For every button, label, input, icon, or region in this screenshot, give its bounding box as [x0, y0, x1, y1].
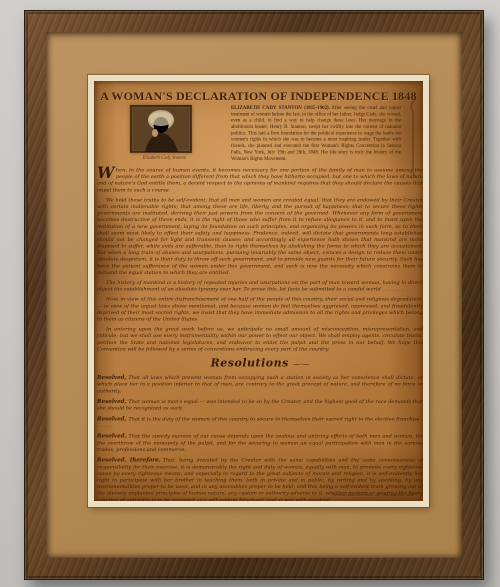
resolved-lead: Resolved,: [97, 415, 126, 422]
resolution-text: That all laws which prevent woman from o…: [97, 375, 423, 394]
title-flourish-right-icon: ”: [420, 89, 423, 100]
resolutions-heading-text: Resolutions: [211, 356, 289, 369]
resolution-text: That it is the duty of the women of this…: [97, 416, 423, 428]
portrait-illustration-icon: [131, 106, 191, 152]
declaration-paragraph: Now, in view of this entire disfranchise…: [97, 296, 423, 322]
resolution-item: Resolved,That woman is man's equal — was…: [97, 398, 423, 412]
stanton-bio-body: After seeing the cruel and unjust treatm…: [231, 105, 401, 161]
resolved-lead: Resolved, therefore,: [97, 457, 161, 464]
declaration-paragraph: In entering upon the great work before u…: [97, 326, 423, 352]
resolutions-heading-flourish: —·—: [293, 360, 309, 368]
portrait-signature: Elizabeth Cady Stanton: [142, 155, 179, 160]
resolved-lead: Resolved,: [97, 398, 126, 405]
resolved-lead: Resolved,: [97, 374, 126, 381]
title-flourish-left-icon: “: [94, 89, 97, 100]
drop-cap-initial: W: [97, 168, 114, 179]
mat-board: “ A WOMAN'S DECLARATION OF INDEPENDENCE …: [46, 32, 462, 558]
declaration-intro-paragraph: When, in the course of human events, it …: [97, 167, 423, 193]
resolutions-heading: Resolutions —·—: [97, 356, 423, 371]
stanton-bio-text: ELIZABETH CADY STANTON (1815-1902).After…: [231, 105, 401, 162]
resolution-text: That woman is man's equal — was intended…: [97, 399, 423, 411]
resolution-text: That the speedy success of our cause dep…: [97, 434, 423, 453]
resolved-lead: Resolved,: [97, 433, 126, 440]
stanton-bio-lead: ELIZABETH CADY STANTON (1815-1902).: [231, 105, 330, 111]
parchment-document: “ A WOMAN'S DECLARATION OF INDEPENDENCE …: [94, 81, 423, 501]
printer-credit-line: Seneca Falls Convention, July 19th and 2…: [333, 493, 414, 497]
resolution-item: Resolved,That all laws which prevent wom…: [97, 374, 423, 394]
stanton-portrait-photo: Elizabeth Cady Stanton: [130, 105, 192, 153]
declaration-paragraph: The history of mankind is a history of r…: [97, 280, 423, 293]
inner-mat-border: “ A WOMAN'S DECLARATION OF INDEPENDENCE …: [88, 75, 429, 507]
declaration-paragraph: We hold these truths to be self-evident:…: [97, 197, 423, 276]
resolution-item: Resolved,That the speedy success of our …: [97, 433, 423, 453]
intro-text: hen, in the course of human events, it b…: [97, 168, 423, 193]
handwritten-body: When, in the course of human events, it …: [97, 167, 423, 498]
picture-frame: “ A WOMAN'S DECLARATION OF INDEPENDENCE …: [24, 10, 484, 580]
resolution-item: Resolved,That it is the duty of the wome…: [97, 415, 423, 429]
